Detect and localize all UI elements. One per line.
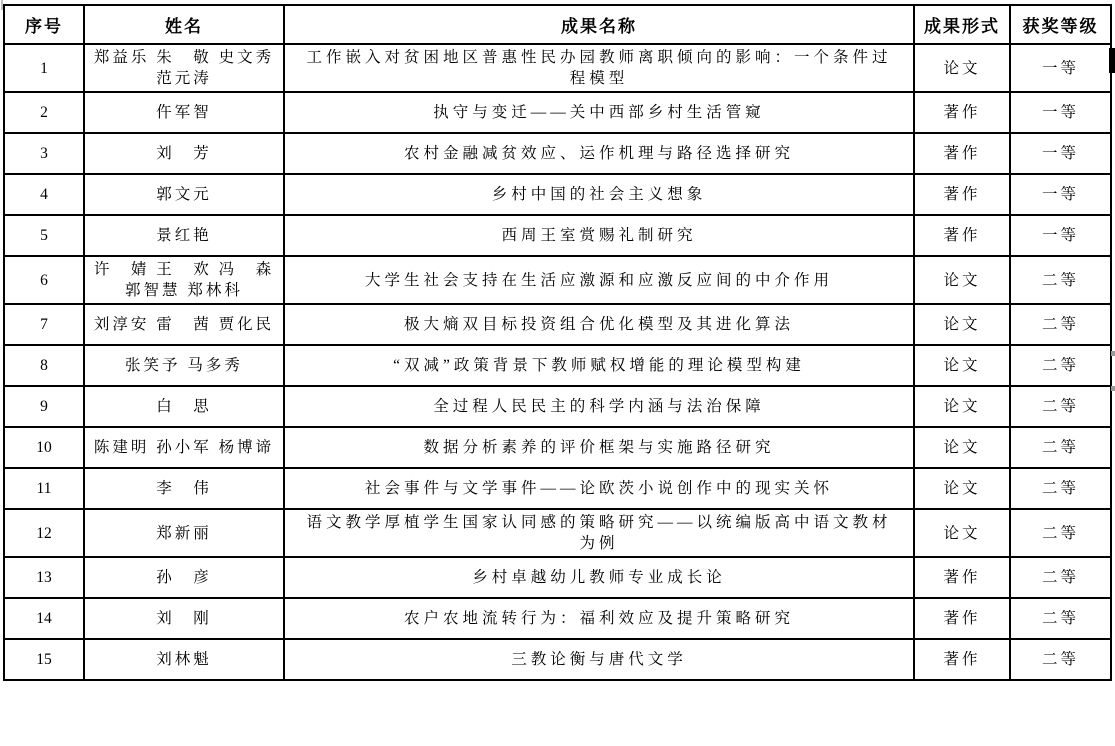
cell-title: “双减”政策背景下教师赋权增能的理论模型构建	[284, 345, 914, 386]
cell-form: 论文	[914, 44, 1010, 92]
cell-index: 4	[4, 174, 84, 215]
cell-grade: 一等	[1010, 215, 1111, 256]
cell-names: 郭文元	[84, 174, 284, 215]
scan-artifact-black-bar	[1109, 48, 1115, 73]
cell-form: 论文	[914, 304, 1010, 345]
cell-title: 工作嵌入对贫困地区普惠性民办园教师离职倾向的影响：一个条件过 程模型	[284, 44, 914, 92]
cell-index: 2	[4, 92, 84, 133]
table-header-row: 序号 姓名 成果名称 成果形式 获奖等级	[4, 5, 1111, 44]
header-title: 成果名称	[284, 5, 914, 44]
cell-index: 11	[4, 468, 84, 509]
table-row: 3刘 芳农村金融减贫效应、运作机理与路径选择研究著作一等	[4, 133, 1111, 174]
cell-form: 著作	[914, 174, 1010, 215]
scan-artifact-tick	[1111, 386, 1115, 391]
table-row: 14刘 刚农户农地流转行为：福利效应及提升策略研究著作二等	[4, 598, 1111, 639]
cell-names: 白 思	[84, 386, 284, 427]
cell-grade: 二等	[1010, 345, 1111, 386]
cell-names: 孙 彦	[84, 557, 284, 598]
cell-title: 西周王室赏赐礼制研究	[284, 215, 914, 256]
cell-names: 刘淳安 雷 茜 贾化民	[84, 304, 284, 345]
cell-form: 论文	[914, 509, 1010, 557]
cell-form: 论文	[914, 345, 1010, 386]
results-table-body: 1郑益乐 朱 敬 史文秀 范元涛工作嵌入对贫困地区普惠性民办园教师离职倾向的影响…	[4, 44, 1111, 680]
cell-index: 12	[4, 509, 84, 557]
cell-form: 著作	[914, 92, 1010, 133]
cell-index: 7	[4, 304, 84, 345]
cell-grade: 二等	[1010, 427, 1111, 468]
cell-grade: 二等	[1010, 598, 1111, 639]
cell-form: 论文	[914, 386, 1010, 427]
award-results-table: 序号 姓名 成果名称 成果形式 获奖等级 1郑益乐 朱 敬 史文秀 范元涛工作嵌…	[3, 4, 1112, 681]
cell-title: 数据分析素养的评价框架与实施路径研究	[284, 427, 914, 468]
cell-form: 著作	[914, 598, 1010, 639]
cell-index: 14	[4, 598, 84, 639]
cell-index: 8	[4, 345, 84, 386]
cell-grade: 一等	[1010, 44, 1111, 92]
cell-index: 13	[4, 557, 84, 598]
cell-index: 10	[4, 427, 84, 468]
table-row: 10陈建明 孙小军 杨博谛数据分析素养的评价框架与实施路径研究论文二等	[4, 427, 1111, 468]
cell-grade: 二等	[1010, 256, 1111, 304]
cell-index: 6	[4, 256, 84, 304]
table-row: 12郑新丽语文教学厚植学生国家认同感的策略研究——以统编版高中语文教材 为例论文…	[4, 509, 1111, 557]
cell-names: 刘 刚	[84, 598, 284, 639]
cell-names: 陈建明 孙小军 杨博谛	[84, 427, 284, 468]
table-row: 13孙 彦乡村卓越幼儿教师专业成长论著作二等	[4, 557, 1111, 598]
cell-form: 论文	[914, 427, 1010, 468]
cell-form: 著作	[914, 639, 1010, 680]
header-names: 姓名	[84, 5, 284, 44]
table-row: 4郭文元乡村中国的社会主义想象著作一等	[4, 174, 1111, 215]
cell-title: 语文教学厚植学生国家认同感的策略研究——以统编版高中语文教材 为例	[284, 509, 914, 557]
cell-index: 15	[4, 639, 84, 680]
table-row: 5景红艳西周王室赏赐礼制研究著作一等	[4, 215, 1111, 256]
table-row: 6许 婧 王 欢 冯 森 郭智慧 郑林科大学生社会支持在生活应激源和应激反应间的…	[4, 256, 1111, 304]
cell-form: 著作	[914, 215, 1010, 256]
cell-grade: 二等	[1010, 304, 1111, 345]
cell-form: 著作	[914, 557, 1010, 598]
cell-grade: 一等	[1010, 92, 1111, 133]
cell-names: 郑新丽	[84, 509, 284, 557]
cell-grade: 二等	[1010, 386, 1111, 427]
cell-form: 著作	[914, 133, 1010, 174]
header-form: 成果形式	[914, 5, 1010, 44]
cell-title: 乡村中国的社会主义想象	[284, 174, 914, 215]
cell-grade: 二等	[1010, 468, 1111, 509]
table-row: 2仵军智执守与变迁——关中西部乡村生活管窥著作一等	[4, 92, 1111, 133]
cell-title: 社会事件与文学事件——论欧茨小说创作中的现实关怀	[284, 468, 914, 509]
cell-title: 大学生社会支持在生活应激源和应激反应间的中介作用	[284, 256, 914, 304]
cell-names: 刘 芳	[84, 133, 284, 174]
cell-form: 论文	[914, 256, 1010, 304]
cell-names: 许 婧 王 欢 冯 森 郭智慧 郑林科	[84, 256, 284, 304]
cell-title: 极大熵双目标投资组合优化模型及其进化算法	[284, 304, 914, 345]
cell-title: 农村金融减贫效应、运作机理与路径选择研究	[284, 133, 914, 174]
cell-grade: 一等	[1010, 133, 1111, 174]
cell-names: 李 伟	[84, 468, 284, 509]
cell-form: 论文	[914, 468, 1010, 509]
award-results-table-sheet: 序号 姓名 成果名称 成果形式 获奖等级 1郑益乐 朱 敬 史文秀 范元涛工作嵌…	[3, 4, 1112, 681]
cell-index: 9	[4, 386, 84, 427]
header-grade: 获奖等级	[1010, 5, 1111, 44]
cell-names: 景红艳	[84, 215, 284, 256]
cell-title: 全过程人民民主的科学内涵与法治保障	[284, 386, 914, 427]
cell-grade: 一等	[1010, 174, 1111, 215]
table-row: 11李 伟社会事件与文学事件——论欧茨小说创作中的现实关怀论文二等	[4, 468, 1111, 509]
cell-title: 乡村卓越幼儿教师专业成长论	[284, 557, 914, 598]
cell-title: 执守与变迁——关中西部乡村生活管窥	[284, 92, 914, 133]
cell-names: 刘林魁	[84, 639, 284, 680]
cell-title: 农户农地流转行为：福利效应及提升策略研究	[284, 598, 914, 639]
cell-names: 仵军智	[84, 92, 284, 133]
cell-title: 三教论衡与唐代文学	[284, 639, 914, 680]
cell-grade: 二等	[1010, 639, 1111, 680]
cell-names: 张笑予 马多秀	[84, 345, 284, 386]
cell-index: 1	[4, 44, 84, 92]
table-row: 1郑益乐 朱 敬 史文秀 范元涛工作嵌入对贫困地区普惠性民办园教师离职倾向的影响…	[4, 44, 1111, 92]
scan-artifact-tick	[1111, 351, 1115, 356]
cell-names: 郑益乐 朱 敬 史文秀 范元涛	[84, 44, 284, 92]
table-row: 7刘淳安 雷 茜 贾化民极大熵双目标投资组合优化模型及其进化算法论文二等	[4, 304, 1111, 345]
table-row: 9白 思全过程人民民主的科学内涵与法治保障论文二等	[4, 386, 1111, 427]
cell-grade: 二等	[1010, 509, 1111, 557]
table-row: 15刘林魁三教论衡与唐代文学著作二等	[4, 639, 1111, 680]
cell-index: 5	[4, 215, 84, 256]
cell-grade: 二等	[1010, 557, 1111, 598]
header-index: 序号	[4, 5, 84, 44]
table-row: 8张笑予 马多秀“双减”政策背景下教师赋权增能的理论模型构建论文二等	[4, 345, 1111, 386]
scan-artifact-corner	[1, 0, 3, 10]
cell-index: 3	[4, 133, 84, 174]
